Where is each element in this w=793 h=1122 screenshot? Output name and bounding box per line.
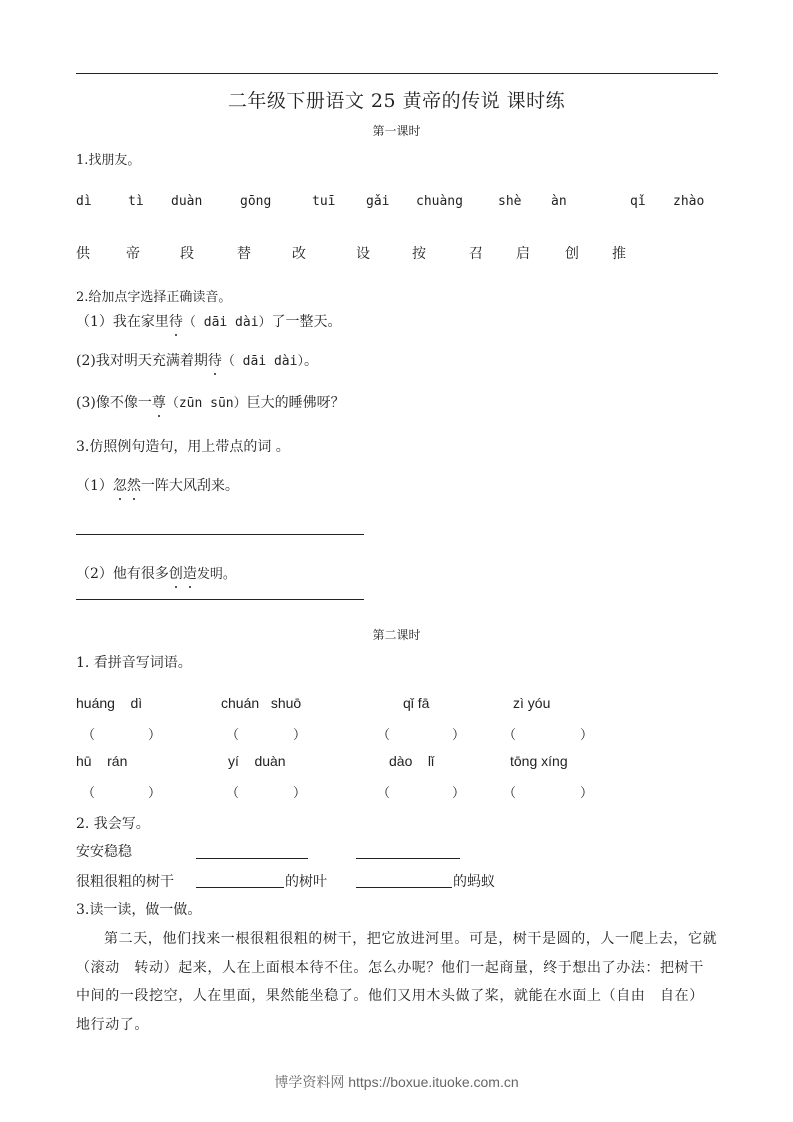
character-item: 创 xyxy=(565,243,579,263)
l1-q3-item-2: （2）他有很多创造发明。 xyxy=(76,563,236,583)
character-item: 供 xyxy=(76,243,90,263)
sentence-suffix: 巨大的睡佛呀？ xyxy=(247,395,345,411)
pinyin-word: tōng xíng xyxy=(510,753,568,769)
l1-q2-item-3: (3)像不像一尊（zūn sūn）巨大的睡佛呀？ xyxy=(76,392,345,412)
pinyin-item: gǎi xyxy=(366,194,389,209)
l1-q3-item-1: （1）忽然一阵大风刮来。 xyxy=(76,475,239,495)
pinyin-item: duàn xyxy=(171,194,202,209)
sentence-suffix: 一阵大风刮来。 xyxy=(141,478,239,494)
l2-q2-line1-text: 安安稳稳 xyxy=(76,841,132,861)
dotted-character: 然 xyxy=(127,475,141,495)
sentence-prefix: (3)像不像一 xyxy=(76,395,152,411)
pinyin-item: tì xyxy=(128,194,144,209)
pinyin-item: àn xyxy=(551,194,567,209)
pronunciation-options: （zūn sūn） xyxy=(166,396,247,411)
sentence-suffix: 发明。 xyxy=(197,567,236,582)
dotted-character: 待 xyxy=(169,311,183,331)
answer-line[interactable] xyxy=(356,858,460,859)
pinyin-item: dì xyxy=(76,194,92,209)
answer-paren-open: （ xyxy=(503,782,516,801)
character-item: 按 xyxy=(412,243,426,263)
sentence-suffix: 了一整天。 xyxy=(272,314,342,330)
answer-line[interactable] xyxy=(76,599,364,600)
l2-q3-label: 3.读一读，做一做。 xyxy=(76,899,201,919)
pinyin-item: shè xyxy=(498,194,521,209)
answer-paren-open: （ xyxy=(226,724,239,743)
pinyin-word: chuán shuō xyxy=(221,695,301,711)
dotted-character: 待 xyxy=(208,350,222,370)
dotted-character: 创 xyxy=(169,563,183,583)
header-rule xyxy=(76,73,718,74)
answer-paren-open: （ xyxy=(82,782,95,801)
footer-watermark: 博学资料网 https://boxue.ituoke.com.cn xyxy=(0,1072,793,1092)
answer-line[interactable] xyxy=(356,887,452,888)
l2-q1-label: 1. 看拼音写词语。 xyxy=(76,652,192,672)
pinyin-word: yí duàn xyxy=(228,753,286,769)
pinyin-item: chuàng xyxy=(416,194,463,209)
answer-paren-close: ） xyxy=(293,724,306,743)
character-item: 改 xyxy=(292,243,306,263)
answer-paren-open: （ xyxy=(377,724,390,743)
answer-paren-close: ） xyxy=(580,724,593,743)
pronunciation-options: （ dāi dài） xyxy=(183,315,272,330)
answer-paren-close: ） xyxy=(452,724,465,743)
answer-line[interactable] xyxy=(196,887,284,888)
answer-paren-close: ） xyxy=(148,782,161,801)
character-item: 推 xyxy=(612,243,626,263)
pronunciation-options: （ dāi dài） xyxy=(222,354,304,369)
dotted-character: 造 xyxy=(183,563,197,583)
l2-q2-line2-text: 很粗很粗的树干 xyxy=(76,871,174,891)
pinyin-word: huáng dì xyxy=(76,695,142,711)
answer-paren-close: ） xyxy=(452,782,465,801)
lesson1-heading: 第一课时 xyxy=(0,122,793,139)
answer-paren-close: ） xyxy=(293,782,306,801)
l1-q3-label: 3.仿照例句造句，用上带点的词 。 xyxy=(76,436,290,456)
character-item: 召 xyxy=(469,243,483,263)
l2-q2-line2-end: 的蚂蚁 xyxy=(453,871,495,891)
l1-q2-item-2: (2)我对明天充满着期待（ dāi dài）。 xyxy=(76,350,318,370)
answer-paren-open: （ xyxy=(226,782,239,801)
character-item: 段 xyxy=(180,243,194,263)
character-item: 替 xyxy=(237,243,251,263)
l1-q2-item-1: （1）我在家里待（ dāi dài）了一整天。 xyxy=(76,311,342,331)
lesson2-heading: 第二课时 xyxy=(0,626,793,643)
pinyin-word: hū rán xyxy=(76,753,127,769)
pinyin-item: tuī xyxy=(312,194,335,209)
pinyin-word: qǐ fā xyxy=(403,695,429,711)
reading-passage: 第二天，他们找来一根很粗很粗的树干，把它放进河里。可是，树干是圆的，人一爬上去，… xyxy=(76,925,718,1039)
sentence-prefix: (2)我对明天充满着期 xyxy=(76,353,208,369)
sentence-prefix: （1） xyxy=(76,478,113,494)
l1-q2-label: 2.给加点字选择正确读音。 xyxy=(76,286,231,305)
sentence-prefix: （1）我在家里 xyxy=(76,314,169,330)
answer-paren-open: （ xyxy=(82,724,95,743)
l1-q1-label: 1.找朋友。 xyxy=(76,149,140,168)
sentence-prefix: （2）他有很多 xyxy=(76,566,169,582)
dotted-character: 忽 xyxy=(113,475,127,495)
l2-q2-line2-mid: 的树叶 xyxy=(285,871,327,891)
pinyin-item: gōng xyxy=(240,194,271,209)
answer-paren-close: ） xyxy=(148,724,161,743)
answer-line[interactable] xyxy=(196,858,308,859)
sentence-suffix: 。 xyxy=(304,353,318,369)
character-item: 启 xyxy=(516,243,530,263)
page-title: 二年级下册语文 25 黄帝的传说 课时练 xyxy=(0,86,793,113)
character-item: 帝 xyxy=(126,243,140,263)
answer-line[interactable] xyxy=(76,534,364,535)
pinyin-item: qǐ xyxy=(630,194,646,209)
pinyin-word: dào lǐ xyxy=(389,753,434,769)
pinyin-word: zì yóu xyxy=(513,695,550,711)
dotted-character: 尊 xyxy=(152,392,166,412)
answer-paren-close: ） xyxy=(580,782,593,801)
l2-q2-label: 2. 我会写。 xyxy=(76,813,150,833)
answer-paren-open: （ xyxy=(503,724,516,743)
answer-paren-open: （ xyxy=(377,782,390,801)
pinyin-item: zhào xyxy=(673,194,704,209)
character-item: 设 xyxy=(356,243,370,263)
